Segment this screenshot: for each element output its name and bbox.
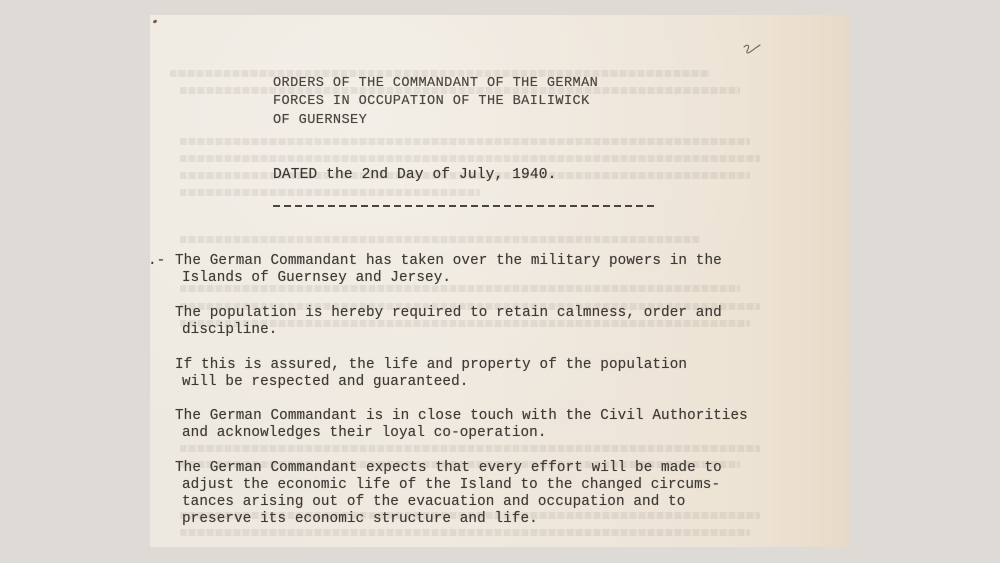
bleed-through-line xyxy=(180,138,750,145)
paragraph-5-line-2: adjust the economic life of the Island t… xyxy=(182,476,720,494)
paragraph-5-line-1: The German Commandant expects that every… xyxy=(175,459,722,477)
paragraph-1-line-2: Islands of Guernsey and Jersey. xyxy=(182,269,451,287)
heading-line-1: ORDERS OF THE COMMANDANT OF THE GERMAN xyxy=(273,75,598,94)
bleed-through-line xyxy=(180,189,480,196)
paragraph-2-line-2: discipline. xyxy=(182,321,277,339)
heading-line-3: OF GUERNSEY xyxy=(273,112,367,131)
paragraph-3-line-1: If this is assured, the life and propert… xyxy=(175,356,687,374)
paragraph-4-line-2: and acknowledges their loyal co-operatio… xyxy=(182,424,547,442)
date-line: DATED the 2nd Day of July, 1940. xyxy=(273,166,556,184)
heading-line-2: FORCES IN OCCUPATION OF THE BAILIWICK xyxy=(273,93,590,112)
paragraph-5-line-3: tances arising out of the evacuation and… xyxy=(182,493,685,511)
paragraph-3-line-2: will be respected and guaranteed. xyxy=(182,373,468,391)
paragraph-2-line-1: The population is hereby required to ret… xyxy=(175,304,722,322)
ink-speck xyxy=(153,19,158,24)
bleed-through-line xyxy=(180,445,760,452)
document-page: ORDERS OF THE COMMANDANT OF THE GERMAN F… xyxy=(150,15,850,547)
handwritten-page-number xyxy=(742,42,762,56)
bleed-through-line xyxy=(180,155,760,162)
dashed-divider xyxy=(273,205,658,207)
paragraph-5-line-4: preserve its economic structure and life… xyxy=(182,510,538,528)
paragraph-4-line-1: The German Commandant is in close touch … xyxy=(175,407,748,425)
bleed-through-line xyxy=(180,529,750,536)
bleed-through-line xyxy=(180,236,700,243)
paragraph-1-line-1: The German Commandant has taken over the… xyxy=(175,252,722,270)
paragraph-marker: .- xyxy=(150,252,165,270)
